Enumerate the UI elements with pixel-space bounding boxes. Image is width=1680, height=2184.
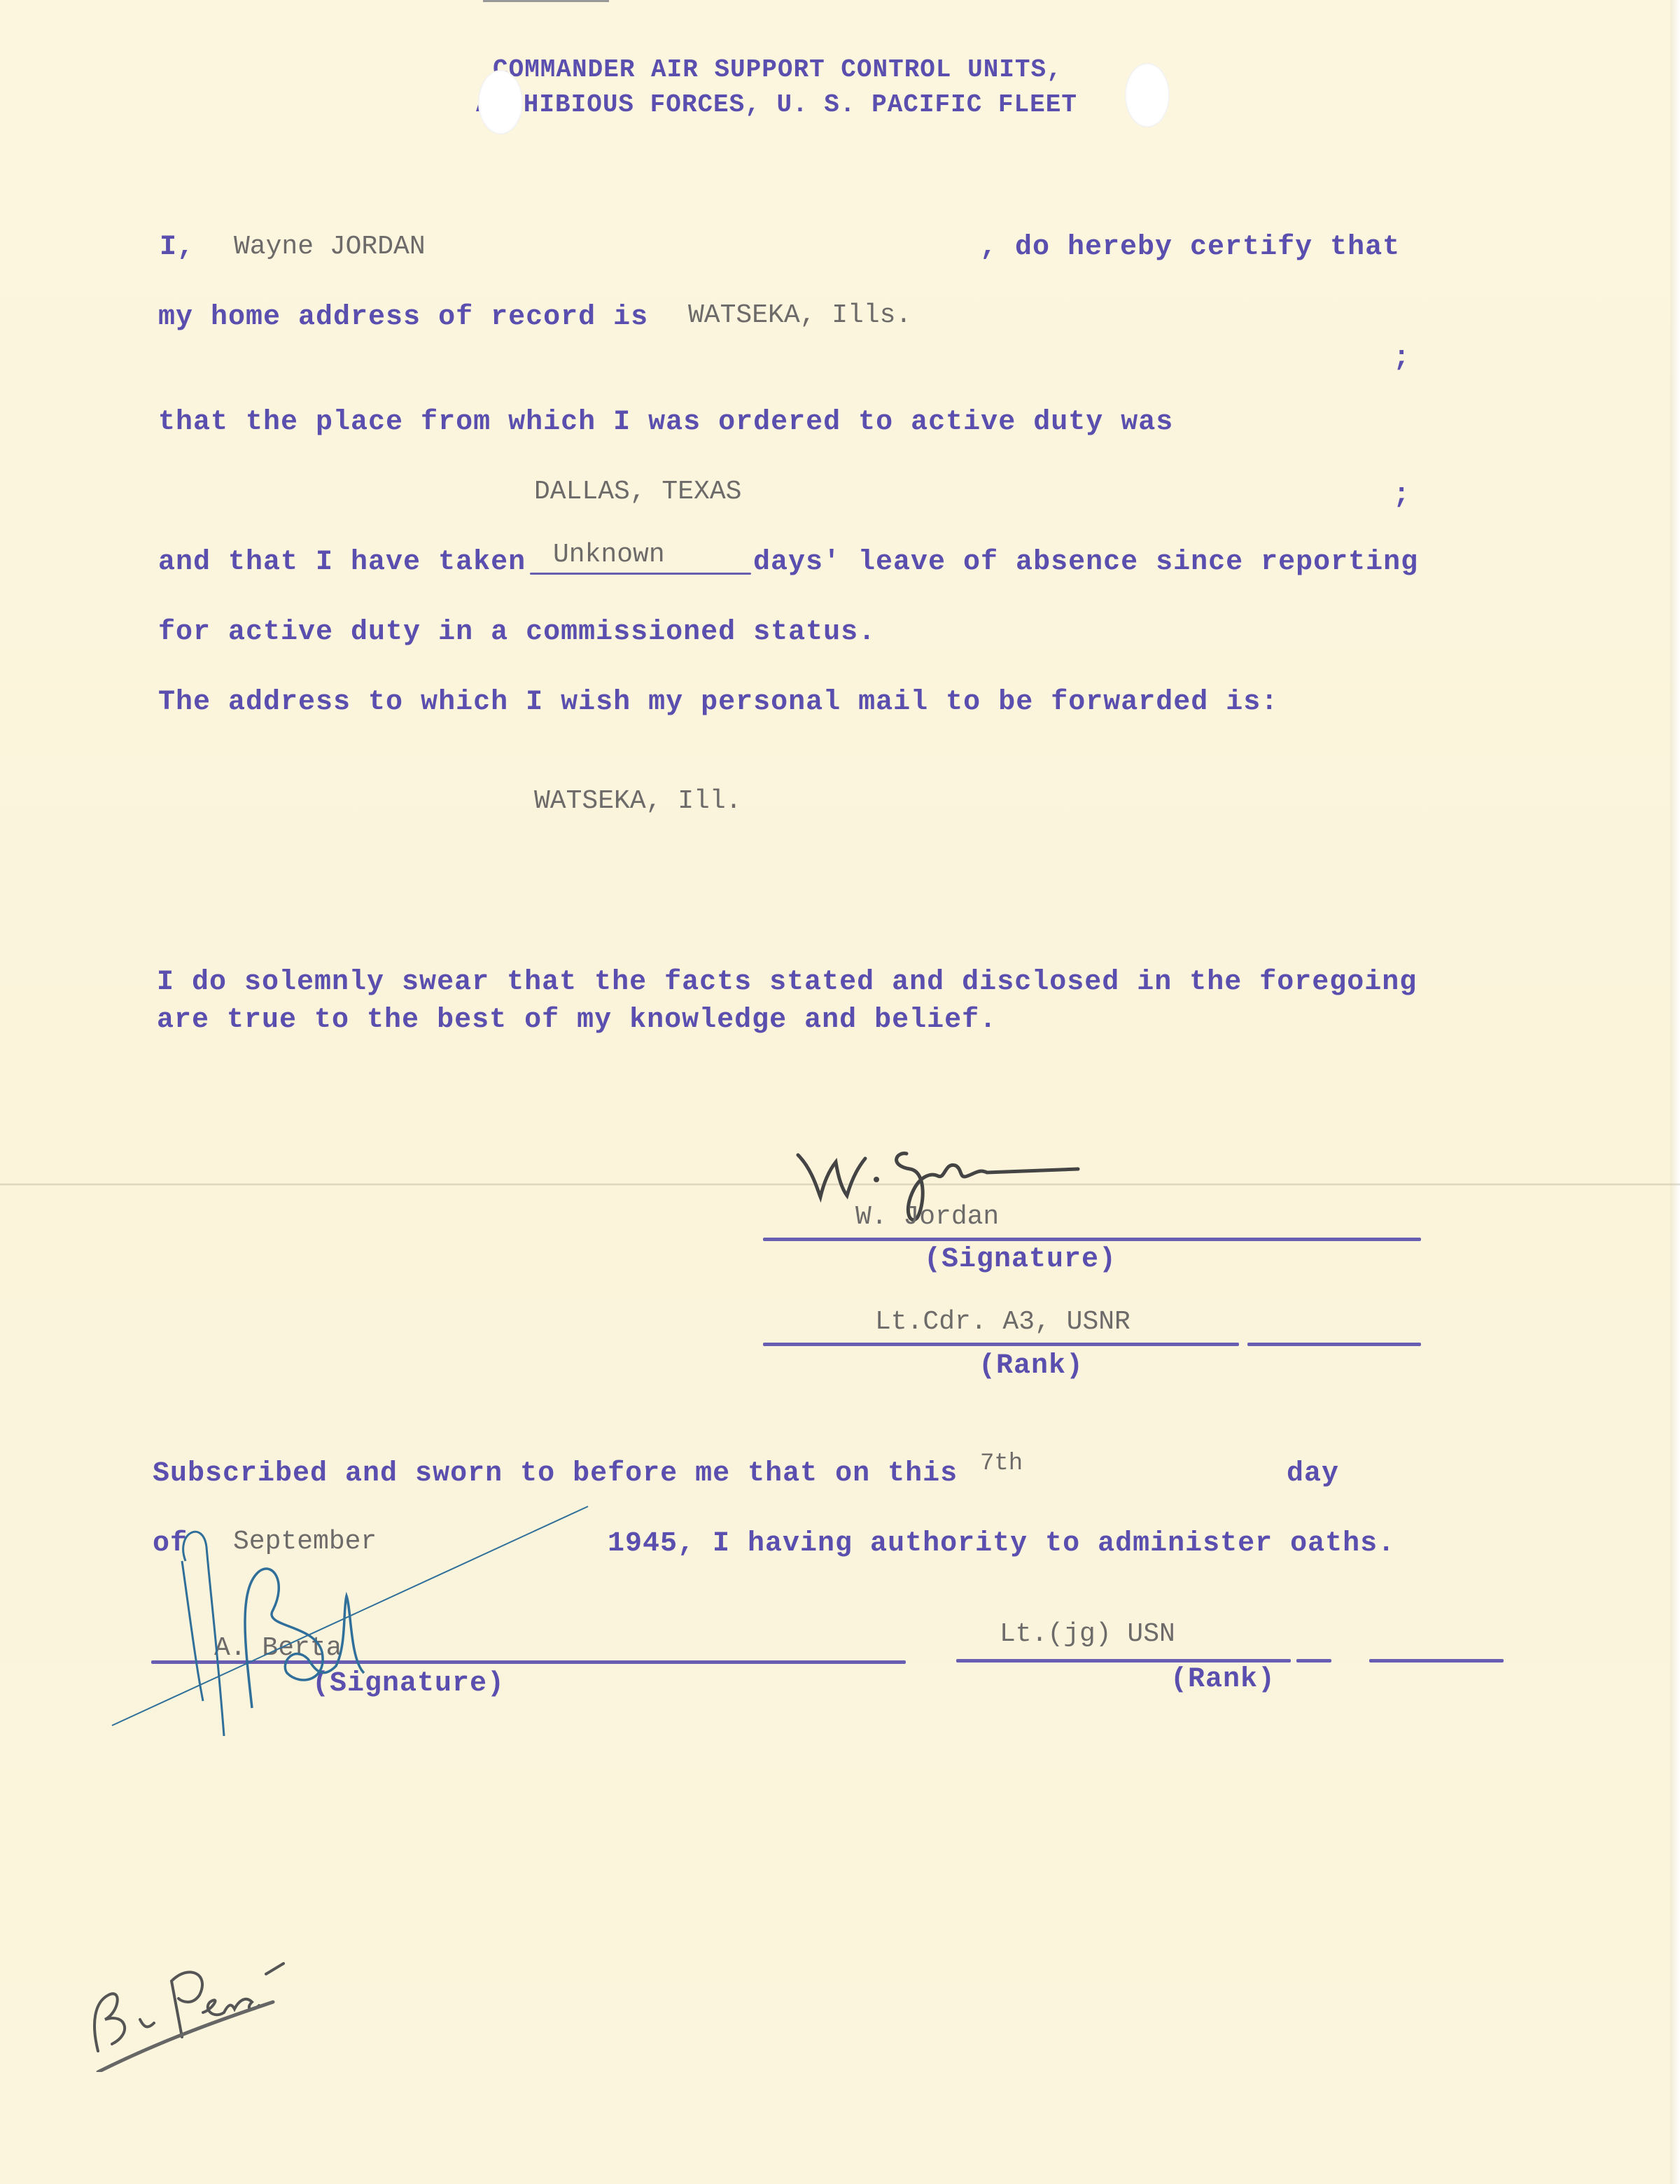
home-address-field: WATSEKA, Ills.	[688, 302, 911, 329]
declarant-signature-line	[763, 1238, 1421, 1241]
pencil-annotation-bupers	[84, 1946, 294, 2072]
leave-days-field: Unknown	[553, 542, 665, 568]
declarant-rank-caption: (Rank)	[979, 1352, 1084, 1380]
leave-days-underline	[530, 573, 751, 575]
officer-rank-line-b	[1296, 1659, 1331, 1662]
scan-edge	[483, 0, 609, 2]
mail-address-label: The address to which I wish my personal …	[158, 689, 1278, 717]
document-page: COMMANDER AIR SUPPORT CONTROL UNITS, AMP…	[0, 0, 1680, 2184]
punch-hole-right	[1125, 63, 1170, 127]
officer-rank-line-c	[1369, 1659, 1504, 1662]
declarant-rank-field: Lt.Cdr. A3, USNR	[875, 1309, 1130, 1336]
ordered-label: that the place from which I was ordered …	[158, 409, 1173, 437]
officer-handwritten-signature	[105, 1505, 609, 1750]
semicolon-1: ;	[1393, 344, 1410, 372]
punch-hole-left	[478, 70, 523, 134]
jurat-day-field: 7th	[980, 1452, 1023, 1476]
intro-suffix: , do hereby certify that	[980, 234, 1400, 262]
leave-suffix: days' leave of absence since reporting	[753, 549, 1418, 577]
declarant-typed-name: W. Jordan	[855, 1204, 999, 1231]
jurat-line-1-prefix: Subscribed and sworn to before me that o…	[153, 1460, 958, 1488]
oath-line-2: are true to the best of my knowledge and…	[157, 1007, 997, 1035]
intro-prefix: I,	[160, 234, 195, 262]
declarant-signature-caption: (Signature)	[924, 1246, 1116, 1274]
semicolon-2: ;	[1393, 482, 1410, 510]
jurat-year-text: 1945, I having authority to administer o…	[608, 1530, 1395, 1558]
header-line-1: COMMANDER AIR SUPPORT CONTROL UNITS,	[493, 57, 1063, 83]
home-address-label: my home address of record is	[158, 304, 648, 332]
jurat-line-1-suffix: day	[1287, 1460, 1339, 1488]
name-field: Wayne JORDAN	[234, 234, 426, 260]
ordered-place-field: DALLAS, TEXAS	[534, 479, 741, 505]
declarant-rank-line-b	[1247, 1343, 1421, 1346]
oath-line-1: I do solemnly swear that the facts state…	[157, 969, 1417, 997]
officer-rank-field: Lt.(jg) USN	[1000, 1621, 1175, 1648]
officer-rank-caption: (Rank)	[1170, 1666, 1275, 1694]
officer-rank-line-a	[956, 1659, 1291, 1662]
leave-prefix: and that I have taken	[158, 549, 526, 577]
declarant-rank-line-a	[763, 1343, 1239, 1346]
status-line: for active duty in a commissioned status…	[158, 619, 876, 647]
mail-address-field: WATSEKA, Ill.	[534, 788, 741, 815]
header-line-2: AMPHIBIOUS FORCES, U. S. PACIFIC FLEET	[476, 92, 1077, 118]
paper-edge	[1670, 0, 1680, 2184]
